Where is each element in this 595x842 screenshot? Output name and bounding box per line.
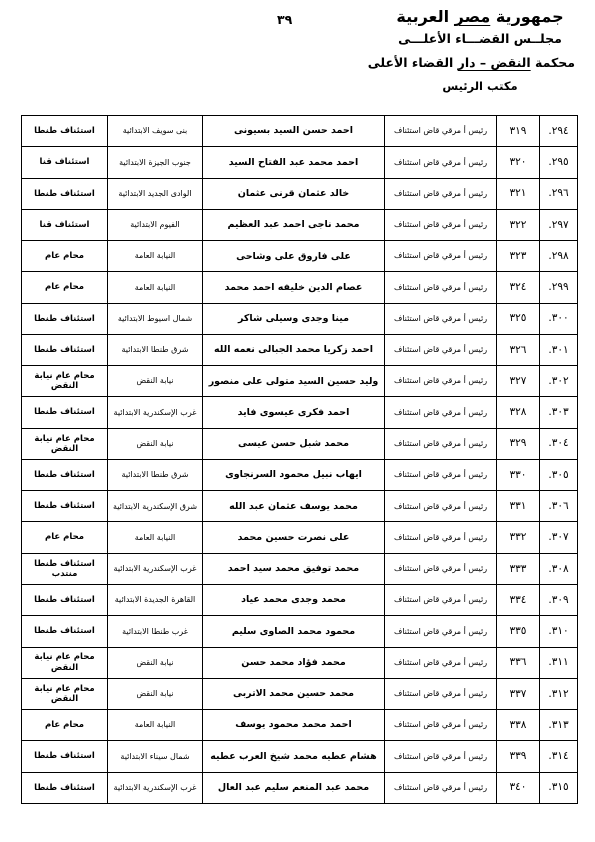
cell-number: ٣٢١ [497,178,540,209]
cell-name: هشام عطيه محمد شيخ العرب عطيه [203,741,385,772]
table-row: ٣٠١.٣٢٦رئيس أ مرقي قاض استئنافاحمد زكريا… [22,334,578,365]
table-row: ٣٠٠.٣٢٥رئيس أ مرقي قاض استئنافمينا وجدى … [22,303,578,334]
cell-position: رئيس أ مرقي قاض استئناف [385,741,497,772]
cell-number: ٣٢٠ [497,147,540,178]
cell-district: استئناف طنطا [22,334,108,365]
cell-court: النيابة العامة [108,710,203,741]
cell-court: نيابة النقض [108,366,203,397]
table-row: ٢٩٦.٣٢١رئيس أ مرقي قاض استئنافخالد عثمان… [22,178,578,209]
cell-court: الفيوم الابتدائية [108,209,203,240]
table-row: ٢٩٥.٣٢٠رئيس أ مرقي قاض استئنافاحمد محمد … [22,147,578,178]
cell-district: استئناف طنطا [22,584,108,615]
cell-serial: ٣٠٥. [540,459,578,490]
cell-position: رئيس أ مرقي قاض استئناف [385,710,497,741]
cell-serial: ٣١١. [540,647,578,678]
document-header: جمهورية مصر العربية مجلــس القضـــاء الأ… [385,7,575,93]
court-text-underlined: النقض – دار [458,55,531,70]
court-text-suffix: القضاء الأعلى [368,55,458,70]
cell-district: استئناف طنطا [22,178,108,209]
cell-name: وليد حسين السيد متولى على منصور [203,366,385,397]
cell-court: شرق طنطا الابتدائية [108,459,203,490]
cell-position: رئيس أ مرقي قاض استئناف [385,553,497,584]
cell-district: محام عام نيابة النقض [22,647,108,678]
cell-district: استئناف قنا [22,147,108,178]
cell-serial: ٢٩٨. [540,241,578,272]
cell-serial: ٢٩٤. [540,116,578,147]
cell-court: بنى سويف الابتدائية [108,116,203,147]
cell-name: عصام الدين خليفه احمد محمد [203,272,385,303]
cell-name: محمد توفيق محمد سيد احمد [203,553,385,584]
cell-court: شمال اسيوط الابتدائية [108,303,203,334]
cell-name: محمود محمد الصاوى سليم [203,616,385,647]
cell-number: ٣٣٥ [497,616,540,647]
cell-serial: ٣١٣. [540,710,578,741]
document-page: ٣٩ جمهورية مصر العربية مجلــس القضـــاء … [0,0,595,842]
cell-number: ٣٣١ [497,491,540,522]
cell-court: نيابة النقض [108,647,203,678]
court-of-cassation-title: محكمة النقض – دار القضاء الأعلى [385,55,575,70]
cell-number: ٣٢٦ [497,334,540,365]
table-row: ٢٩٤.٣١٩رئيس أ مرقي قاض استئنافاحمد حسن ا… [22,116,578,147]
cell-number: ٣٣٤ [497,584,540,615]
table-row: ٣١٢.٣٣٧رئيس أ مرقي قاض استئنافمحمد حسين … [22,678,578,709]
cell-number: ٣٣٠ [497,459,540,490]
cell-district: محام عام نيابة النقض [22,678,108,709]
cell-serial: ٣٠٤. [540,428,578,459]
republic-logo-title: جمهورية مصر العربية [385,7,575,26]
cell-name: محمد حسين محمد الاتربى [203,678,385,709]
logo-text-underlined: مصر [455,7,491,26]
cell-serial: ٢٩٧. [540,209,578,240]
logo-text-prefix: جمهورية [490,7,563,26]
cell-number: ٣٢٩ [497,428,540,459]
table-row: ٣١٥.٣٤٠رئيس أ مرقي قاض استئنافمحمد عبد ا… [22,772,578,803]
cell-name: ايهاب نبيل محمود السرنجاوى [203,459,385,490]
cell-serial: ٣١٤. [540,741,578,772]
table-row: ٣٠٨.٣٣٣رئيس أ مرقي قاض استئنافمحمد توفيق… [22,553,578,584]
cell-serial: ٣٠٠. [540,303,578,334]
cell-position: رئيس أ مرقي قاض استئناف [385,116,497,147]
logo-text-suffix: العربية [396,7,454,26]
cell-district: استئناف قنا [22,209,108,240]
cell-number: ٣٣٧ [497,678,540,709]
cell-name: احمد محمد محمود يوسف [203,710,385,741]
cell-court: الوادى الجديد الابتدائية [108,178,203,209]
cell-court: غرب الإسكندرية الابتدائية [108,772,203,803]
court-text-prefix: محكمة [531,55,575,70]
cell-number: ٣٢٧ [497,366,540,397]
cell-position: رئيس أ مرقي قاض استئناف [385,366,497,397]
cell-position: رئيس أ مرقي قاض استئناف [385,178,497,209]
cell-position: رئيس أ مرقي قاض استئناف [385,397,497,428]
table-row: ٣٠٤.٣٢٩رئيس أ مرقي قاض استئنافمحمد شبل ح… [22,428,578,459]
cell-district: محام عام نيابة النقض [22,428,108,459]
cell-serial: ٢٩٦. [540,178,578,209]
cell-court: القاهرة الجديدة الابتدائية [108,584,203,615]
table-row: ٣١١.٣٣٦رئيس أ مرقي قاض استئنافمحمد فؤاد … [22,647,578,678]
cell-name: محمد يوسف عثمان عبد الله [203,491,385,522]
cell-court: غرب الإسكندرية الابتدائية [108,553,203,584]
cell-district: استئناف طنطا منتدب [22,553,108,584]
cell-district: محام عام نيابة النقض [22,366,108,397]
cell-court: شمال سيناء الابتدائية [108,741,203,772]
cell-serial: ٢٩٥. [540,147,578,178]
cell-district: محام عام [22,241,108,272]
supreme-judicial-council-title: مجلــس القضـــاء الأعلـــى [385,31,575,46]
cell-court: شرق طنطا الابتدائية [108,334,203,365]
cell-serial: ٣٠٦. [540,491,578,522]
cell-district: استئناف طنطا [22,741,108,772]
cell-position: رئيس أ مرقي قاض استئناف [385,584,497,615]
cell-court: غرب طنطا الابتدائية [108,616,203,647]
cell-position: رئيس أ مرقي قاض استئناف [385,772,497,803]
cell-serial: ٣٠٨. [540,553,578,584]
cell-district: محام عام [22,710,108,741]
table-row: ٣٠٧.٣٣٢رئيس أ مرقي قاض استئنافعلى نصرت ح… [22,522,578,553]
cell-position: رئيس أ مرقي قاض استئناف [385,147,497,178]
page-number: ٣٩ [277,12,292,27]
cell-district: استئناف طنطا [22,303,108,334]
cell-number: ٣١٩ [497,116,540,147]
judges-roster-table: ٢٩٤.٣١٩رئيس أ مرقي قاض استئنافاحمد حسن ا… [21,115,578,804]
cell-name: احمد فكرى عيسوى فايد [203,397,385,428]
cell-serial: ٢٩٩. [540,272,578,303]
judges-table-body: ٢٩٤.٣١٩رئيس أ مرقي قاض استئنافاحمد حسن ا… [22,116,578,804]
cell-name: مينا وجدى وسيلى شاكر [203,303,385,334]
cell-name: على فاروق على وشاحى [203,241,385,272]
cell-position: رئيس أ مرقي قاض استئناف [385,272,497,303]
table-row: ٣٠٥.٣٣٠رئيس أ مرقي قاض استئنافايهاب نبيل… [22,459,578,490]
cell-name: على نصرت حسين محمد [203,522,385,553]
cell-district: استئناف طنطا [22,116,108,147]
cell-position: رئيس أ مرقي قاض استئناف [385,522,497,553]
cell-district: استئناف طنطا [22,397,108,428]
cell-number: ٣٣٨ [497,710,540,741]
cell-district: محام عام [22,522,108,553]
cell-serial: ٣٠١. [540,334,578,365]
cell-court: غرب الإسكندرية الابتدائية [108,397,203,428]
cell-name: خالد عثمان قرنى عثمان [203,178,385,209]
cell-number: ٣٣٦ [497,647,540,678]
cell-position: رئيس أ مرقي قاض استئناف [385,459,497,490]
cell-district: استئناف طنطا [22,491,108,522]
table-row: ٢٩٨.٣٢٣رئيس أ مرقي قاض استئنافعلى فاروق … [22,241,578,272]
cell-number: ٣٢٢ [497,209,540,240]
cell-name: احمد زكريا محمد الجبالى نعمه الله [203,334,385,365]
cell-name: محمد ناجى احمد عبد العظيم [203,209,385,240]
cell-number: ٣٢٥ [497,303,540,334]
cell-serial: ٣٠٧. [540,522,578,553]
cell-position: رئيس أ مرقي قاض استئناف [385,428,497,459]
cell-number: ٣٣٩ [497,741,540,772]
cell-number: ٣٢٣ [497,241,540,272]
cell-court: نيابة النقض [108,678,203,709]
cell-court: النيابة العامة [108,241,203,272]
cell-number: ٣٤٠ [497,772,540,803]
table-row: ٣٠٣.٣٢٨رئيس أ مرقي قاض استئنافاحمد فكرى … [22,397,578,428]
cell-serial: ٣١٢. [540,678,578,709]
cell-serial: ٣١٠. [540,616,578,647]
cell-district: محام عام [22,272,108,303]
cell-serial: ٣٠٢. [540,366,578,397]
cell-number: ٣٢٨ [497,397,540,428]
cell-position: رئيس أ مرقي قاض استئناف [385,491,497,522]
cell-court: شرق الإسكندرية الابتدائية [108,491,203,522]
cell-name: احمد حسن السيد بسيونى [203,116,385,147]
cell-serial: ٣٠٩. [540,584,578,615]
table-row: ٣٠٩.٣٣٤رئيس أ مرقي قاض استئنافمحمد وجدى … [22,584,578,615]
cell-name: محمد شبل حسن عيسى [203,428,385,459]
table-row: ٣١٠.٣٣٥رئيس أ مرقي قاض استئنافمحمود محمد… [22,616,578,647]
cell-district: استئناف طنطا [22,616,108,647]
cell-number: ٣٣٣ [497,553,540,584]
cell-position: رئيس أ مرقي قاض استئناف [385,334,497,365]
cell-court: النيابة العامة [108,522,203,553]
table-row: ٣١٤.٣٣٩رئيس أ مرقي قاض استئنافهشام عطيه … [22,741,578,772]
cell-position: رئيس أ مرقي قاض استئناف [385,303,497,334]
cell-name: احمد محمد عبد الفتاح السيد [203,147,385,178]
cell-position: رئيس أ مرقي قاض استئناف [385,647,497,678]
table-row: ٢٩٩.٣٢٤رئيس أ مرقي قاض استئنافعصام الدين… [22,272,578,303]
table-row: ٣٠٢.٣٢٧رئيس أ مرقي قاض استئنافوليد حسين … [22,366,578,397]
cell-name: محمد فؤاد محمد حسن [203,647,385,678]
table-row: ٣١٣.٣٣٨رئيس أ مرقي قاض استئنافاحمد محمد … [22,710,578,741]
cell-serial: ٣١٥. [540,772,578,803]
cell-court: النيابة العامة [108,272,203,303]
cell-position: رئيس أ مرقي قاض استئناف [385,678,497,709]
cell-serial: ٣٠٣. [540,397,578,428]
cell-position: رئيس أ مرقي قاض استئناف [385,241,497,272]
cell-position: رئيس أ مرقي قاض استئناف [385,209,497,240]
president-office-title: مكتب الرئيس [385,79,575,93]
cell-position: رئيس أ مرقي قاض استئناف [385,616,497,647]
table-row: ٢٩٧.٣٢٢رئيس أ مرقي قاض استئنافمحمد ناجى … [22,209,578,240]
cell-name: محمد وجدى محمد عياد [203,584,385,615]
cell-court: نيابة النقض [108,428,203,459]
cell-number: ٣٣٢ [497,522,540,553]
cell-court: جنوب الجيزة الابتدائية [108,147,203,178]
table-row: ٣٠٦.٣٣١رئيس أ مرقي قاض استئنافمحمد يوسف … [22,491,578,522]
cell-number: ٣٢٤ [497,272,540,303]
cell-district: استئناف طنطا [22,459,108,490]
cell-name: محمد عبد المنعم سليم عبد العال [203,772,385,803]
cell-district: استئناف طنطا [22,772,108,803]
